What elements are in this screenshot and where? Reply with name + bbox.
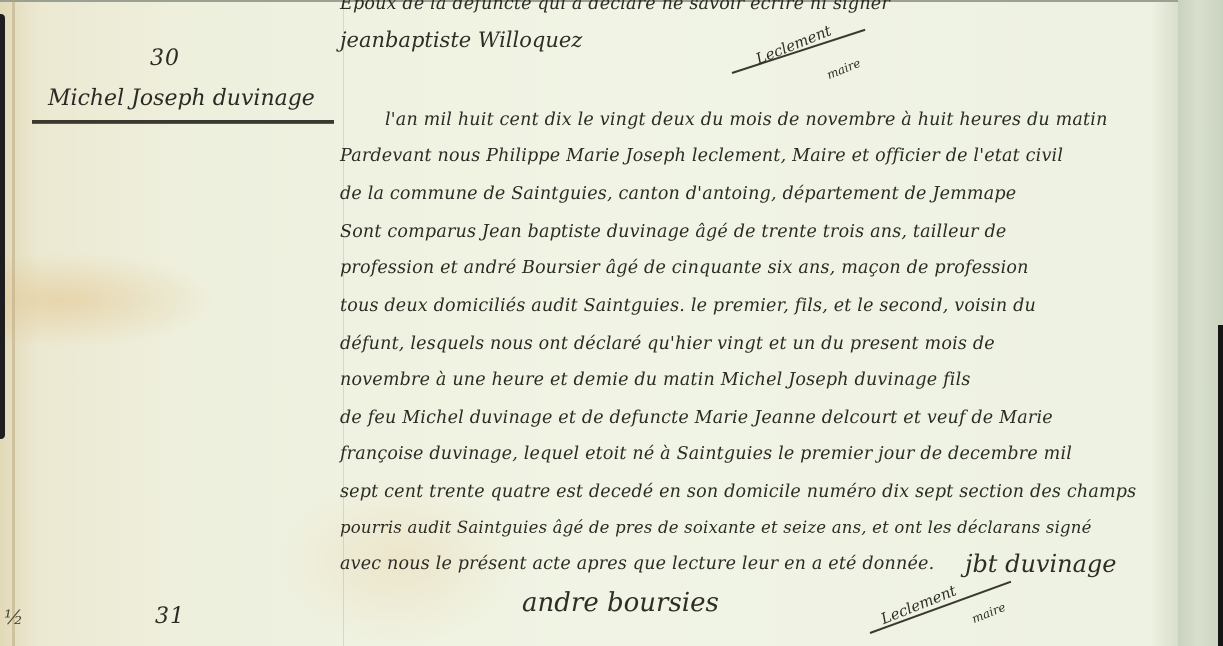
entry-line: sept cent trente quatre est decedé en so… bbox=[340, 482, 1136, 502]
page-gutter bbox=[1178, 0, 1223, 646]
margin-rule bbox=[343, 0, 344, 646]
page-binding-edge bbox=[12, 0, 15, 646]
entry-line: défunt, lesquels nous ont déclaré qu'hie… bbox=[340, 334, 995, 354]
entry-margin-name: Michel Joseph duvinage bbox=[48, 86, 315, 111]
signature-jbt-duvinage: jbt duvinage bbox=[965, 550, 1116, 578]
edge-mark: ½ bbox=[4, 605, 23, 629]
entry-line: pourris audit Saintguies âgé de pres de … bbox=[340, 518, 1092, 537]
entry-number-30: 30 bbox=[150, 46, 180, 71]
signature-andre-boursier: andre boursies bbox=[522, 588, 719, 618]
viewer-edge-panel bbox=[1218, 325, 1223, 646]
entry-line: de la commune de Saintguies, canton d'an… bbox=[340, 184, 1016, 204]
entry-name-underline bbox=[32, 120, 334, 124]
register-page: Epoux de la defuncte qui a declaré ne sa… bbox=[0, 0, 1223, 646]
viewer-side-handle[interactable] bbox=[0, 14, 5, 439]
entry-line: profession et andré Boursier âgé de cinq… bbox=[340, 258, 1029, 278]
previous-entry-line-1: Epoux de la defuncte qui a declaré ne sa… bbox=[340, 0, 890, 14]
entry-line: avec nous le présent acte apres que lect… bbox=[340, 554, 934, 574]
entry-number-31: 31 bbox=[155, 604, 185, 629]
entry-line: l'an mil huit cent dix le vingt deux du … bbox=[385, 110, 1108, 130]
entry-line: Sont comparus Jean baptiste duvinage âgé… bbox=[340, 222, 1006, 242]
entry-line: tous deux domiciliés audit Saintguies. l… bbox=[340, 296, 1036, 316]
mayor-title-top: maire bbox=[825, 56, 863, 82]
entry-line: françoise duvinage, lequel etoit né à Sa… bbox=[340, 444, 1072, 464]
entry-line: Pardevant nous Philippe Marie Joseph lec… bbox=[340, 146, 1063, 166]
entry-line: de feu Michel duvinage et de defuncte Ma… bbox=[340, 408, 1053, 428]
mayor-title-bottom: maire bbox=[970, 600, 1008, 626]
entry-line: novembre à une heure et demie du matin M… bbox=[340, 370, 971, 390]
previous-entry-signature: jeanbaptiste Willoquez bbox=[340, 28, 582, 52]
